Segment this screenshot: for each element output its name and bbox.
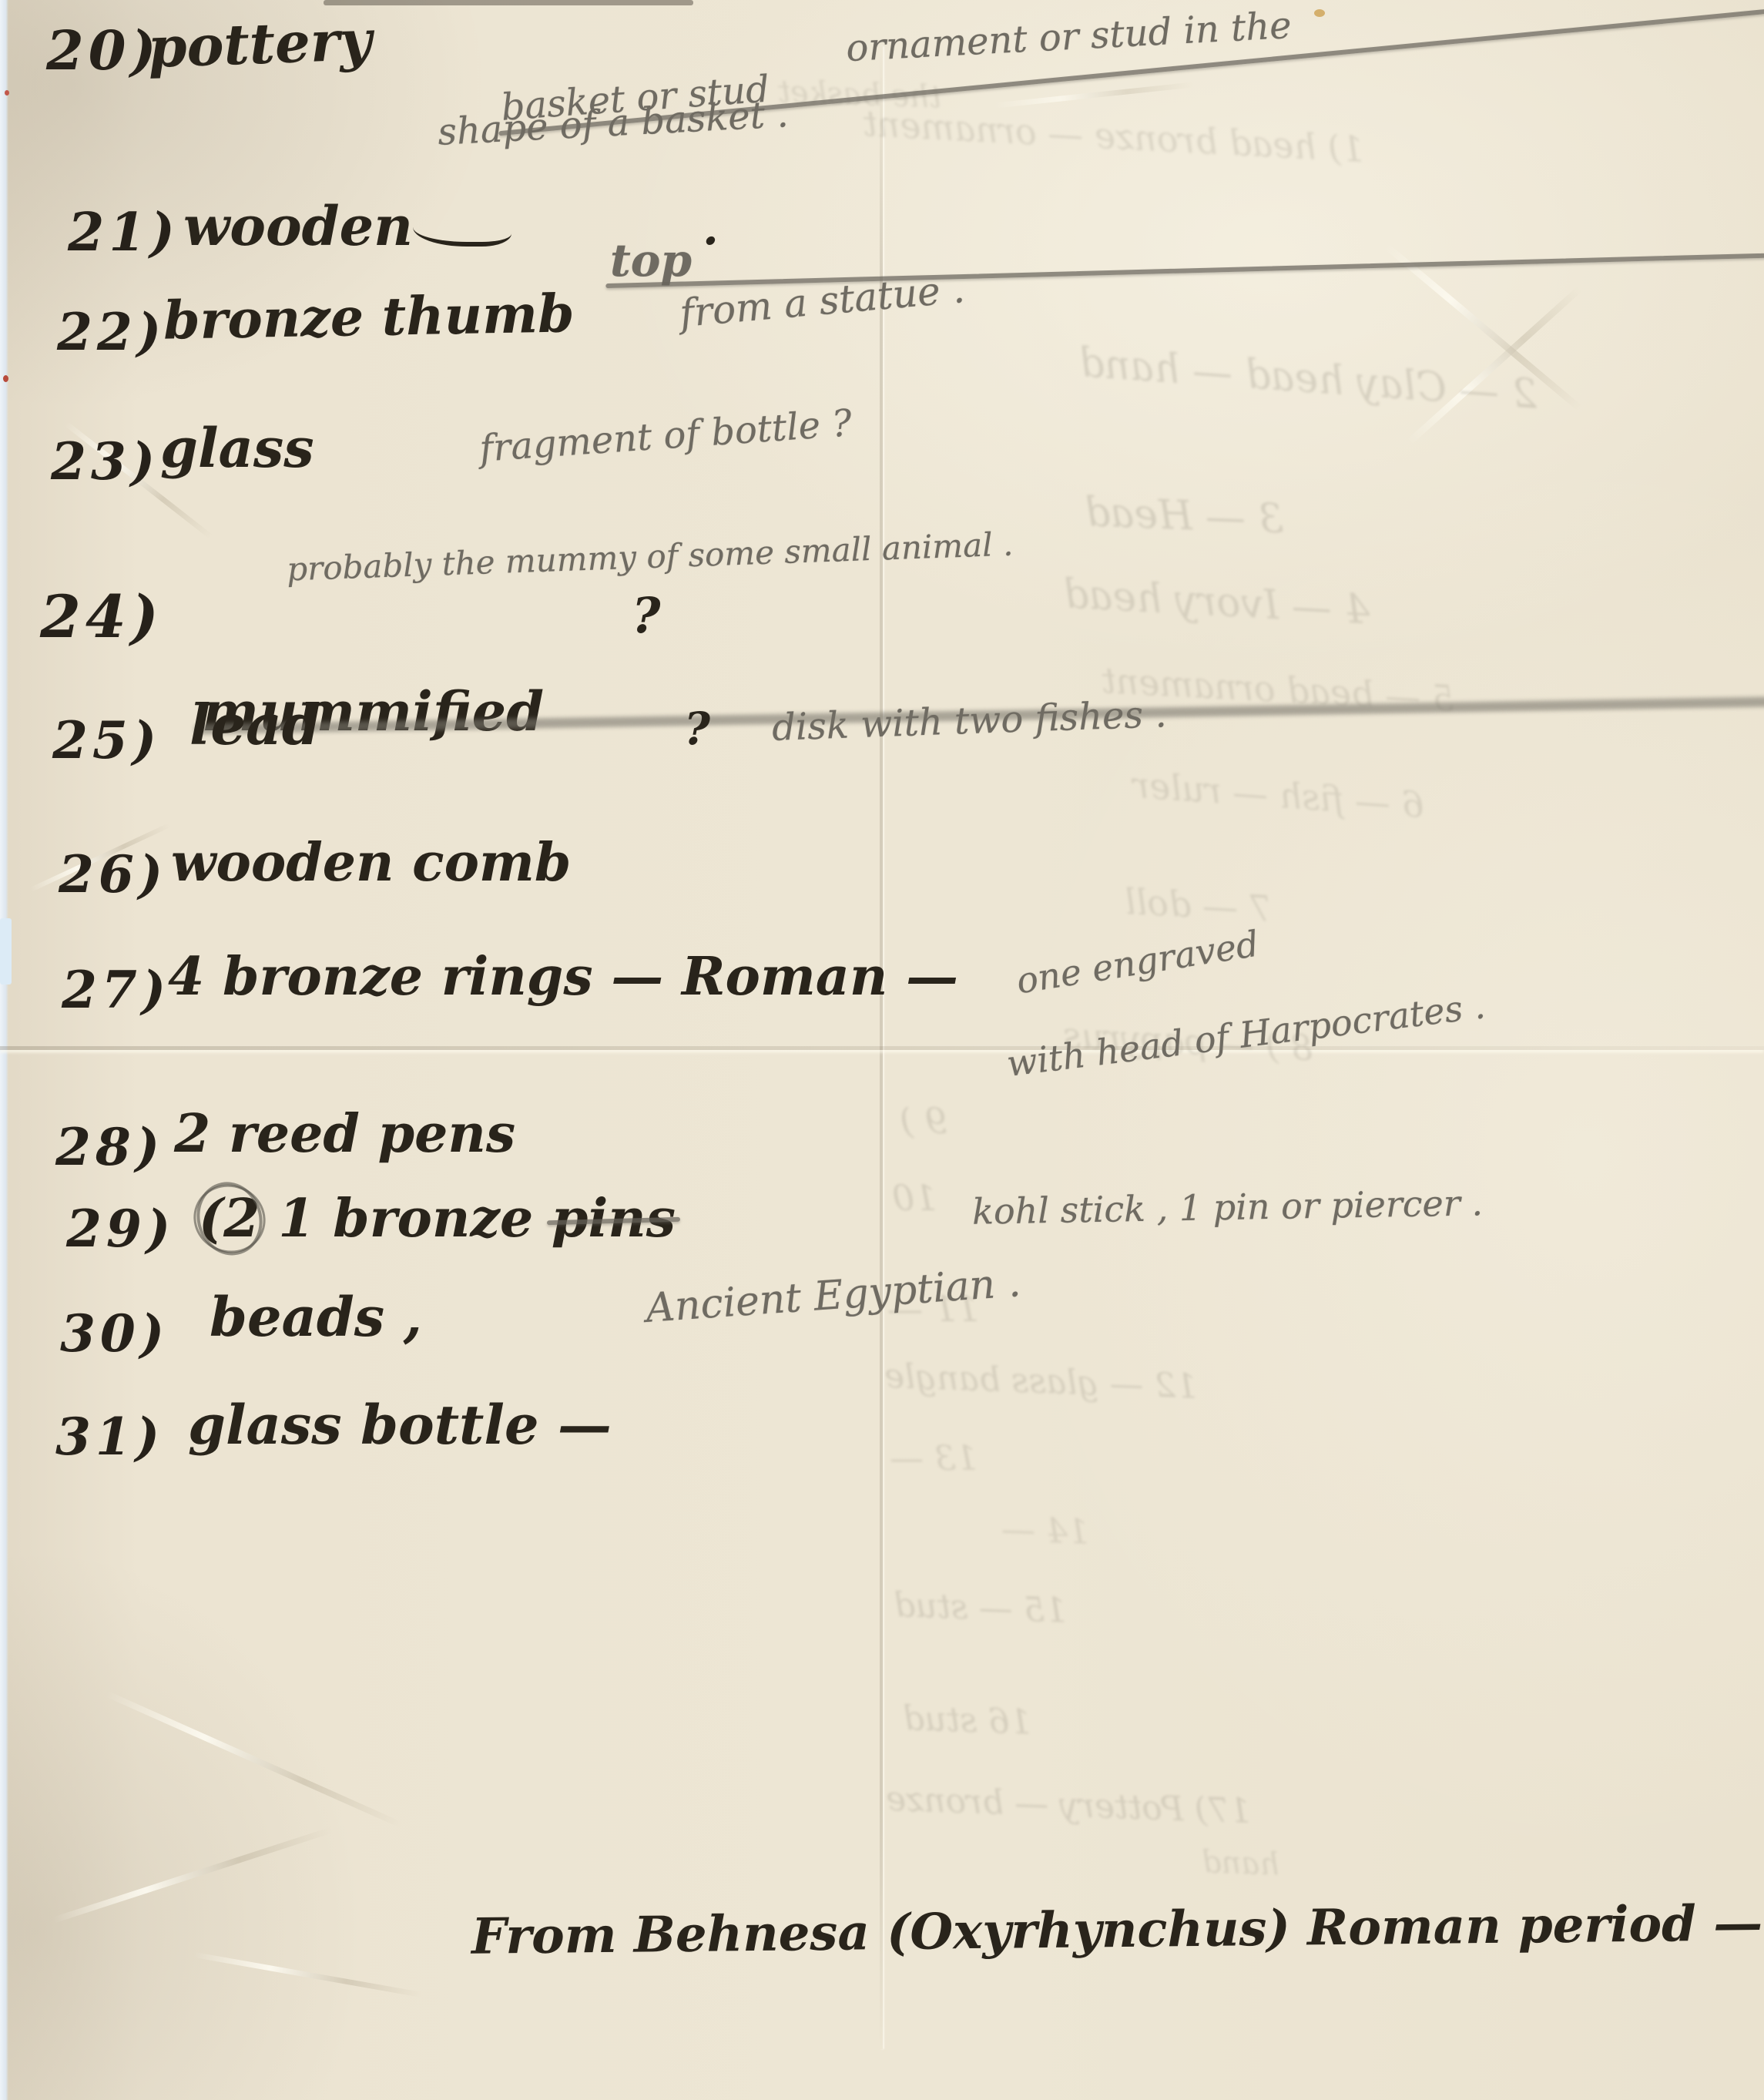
- show-through-line: hand: [1201, 1844, 1280, 1882]
- item-number: 24): [40, 582, 163, 651]
- item-number: 31): [55, 1407, 164, 1467]
- paper-speck: [3, 375, 8, 382]
- show-through-line: 2 — Clay head — hand: [1078, 340, 1539, 418]
- item-note-pencil: kohl stick , 1 pin or piercer .: [972, 1182, 1484, 1233]
- item-number: 21): [68, 202, 179, 263]
- item-number: 20): [46, 18, 161, 82]
- paper-speck: [5, 90, 9, 96]
- item-number: 23): [51, 431, 159, 491]
- show-through-line: 17) Pottery — bronze: [885, 1780, 1251, 1832]
- show-through-line: 13 —: [890, 1439, 978, 1478]
- item-word: wooden: [183, 194, 413, 258]
- item-text-ink: 4 bronze rings — Roman —: [168, 946, 958, 1008]
- show-through-line: 14 —: [1001, 1510, 1090, 1552]
- show-through-line: 6 — fish — ruler: [1132, 764, 1426, 826]
- item-number: 28): [55, 1117, 164, 1177]
- item-text-ink: beads ,: [210, 1285, 422, 1349]
- item-word-struck: pins: [552, 1188, 676, 1250]
- scan-edge-strip: [0, 0, 8, 2100]
- punctuation: ?: [632, 587, 661, 645]
- paper-edge-tear: [0, 918, 12, 985]
- item-annotation-pencil: probably the mummy of some small animal …: [286, 525, 1014, 589]
- item-text-ink: wooden: [183, 194, 511, 258]
- scan-shadow: [324, 0, 693, 5]
- item-number: 29): [66, 1199, 175, 1259]
- crumple-crease: [52, 1827, 333, 1923]
- item-note-pencil: one engraved: [1014, 922, 1262, 1001]
- show-through-line: 4 — Ivory head: [1062, 572, 1371, 634]
- pen-flourish: [413, 225, 511, 247]
- horizontal-fold-crease: [0, 1046, 1764, 1050]
- paper-speck: [1314, 9, 1325, 17]
- item-number: 30): [60, 1303, 169, 1364]
- item-word: 1 bronze: [278, 1188, 533, 1250]
- provenance-note: From Behnesa (Oxyrhynchus) Roman period …: [471, 1894, 1763, 1966]
- item-text-ink: pottery: [147, 7, 373, 80]
- show-through-line: 12 — glass bangle: [884, 1357, 1198, 1407]
- punctuation: .: [703, 202, 719, 256]
- item-number: 27): [62, 960, 170, 1020]
- show-through-line: 16 stud: [902, 1699, 1031, 1743]
- item-text-ink: (2 1 bronze pins: [199, 1188, 676, 1250]
- crumple-crease: [106, 1691, 404, 1828]
- item-note-pencil: shape of a basket .: [437, 92, 790, 154]
- item-number: 22): [57, 302, 166, 362]
- manuscript-page: the basket1) head bronze — ornament2 — C…: [0, 0, 1764, 2100]
- crumple-crease: [194, 1952, 423, 1998]
- show-through-line: 9 ): [900, 1100, 947, 1142]
- show-through-line: 3 — Head: [1084, 490, 1284, 543]
- scribbled-digit: (2: [199, 1188, 260, 1250]
- item-note-pencil: top: [610, 234, 1764, 287]
- item-number: 25): [52, 710, 161, 770]
- show-through-line: 10: [892, 1177, 937, 1219]
- item-text-ink: glass bottle —: [188, 1393, 612, 1457]
- item-text-ink: wooden comb: [171, 832, 571, 894]
- item-note-pencil: with head of Harpocrates .: [1004, 985, 1487, 1085]
- item-text-ink: bronze thumb: [163, 283, 575, 351]
- item-text-ink: glass: [160, 416, 314, 480]
- show-through-line: 15 — stud: [893, 1585, 1067, 1631]
- punctuation: ?: [684, 703, 710, 755]
- item-text-ink: lead: [189, 692, 320, 757]
- item-note-pencil: fragment of bottle ?: [478, 401, 853, 471]
- show-through-line: 1) head bronze — ornament: [862, 102, 1365, 170]
- item-number: 26): [59, 844, 167, 904]
- item-text-ink: 2 reed pens: [174, 1103, 515, 1165]
